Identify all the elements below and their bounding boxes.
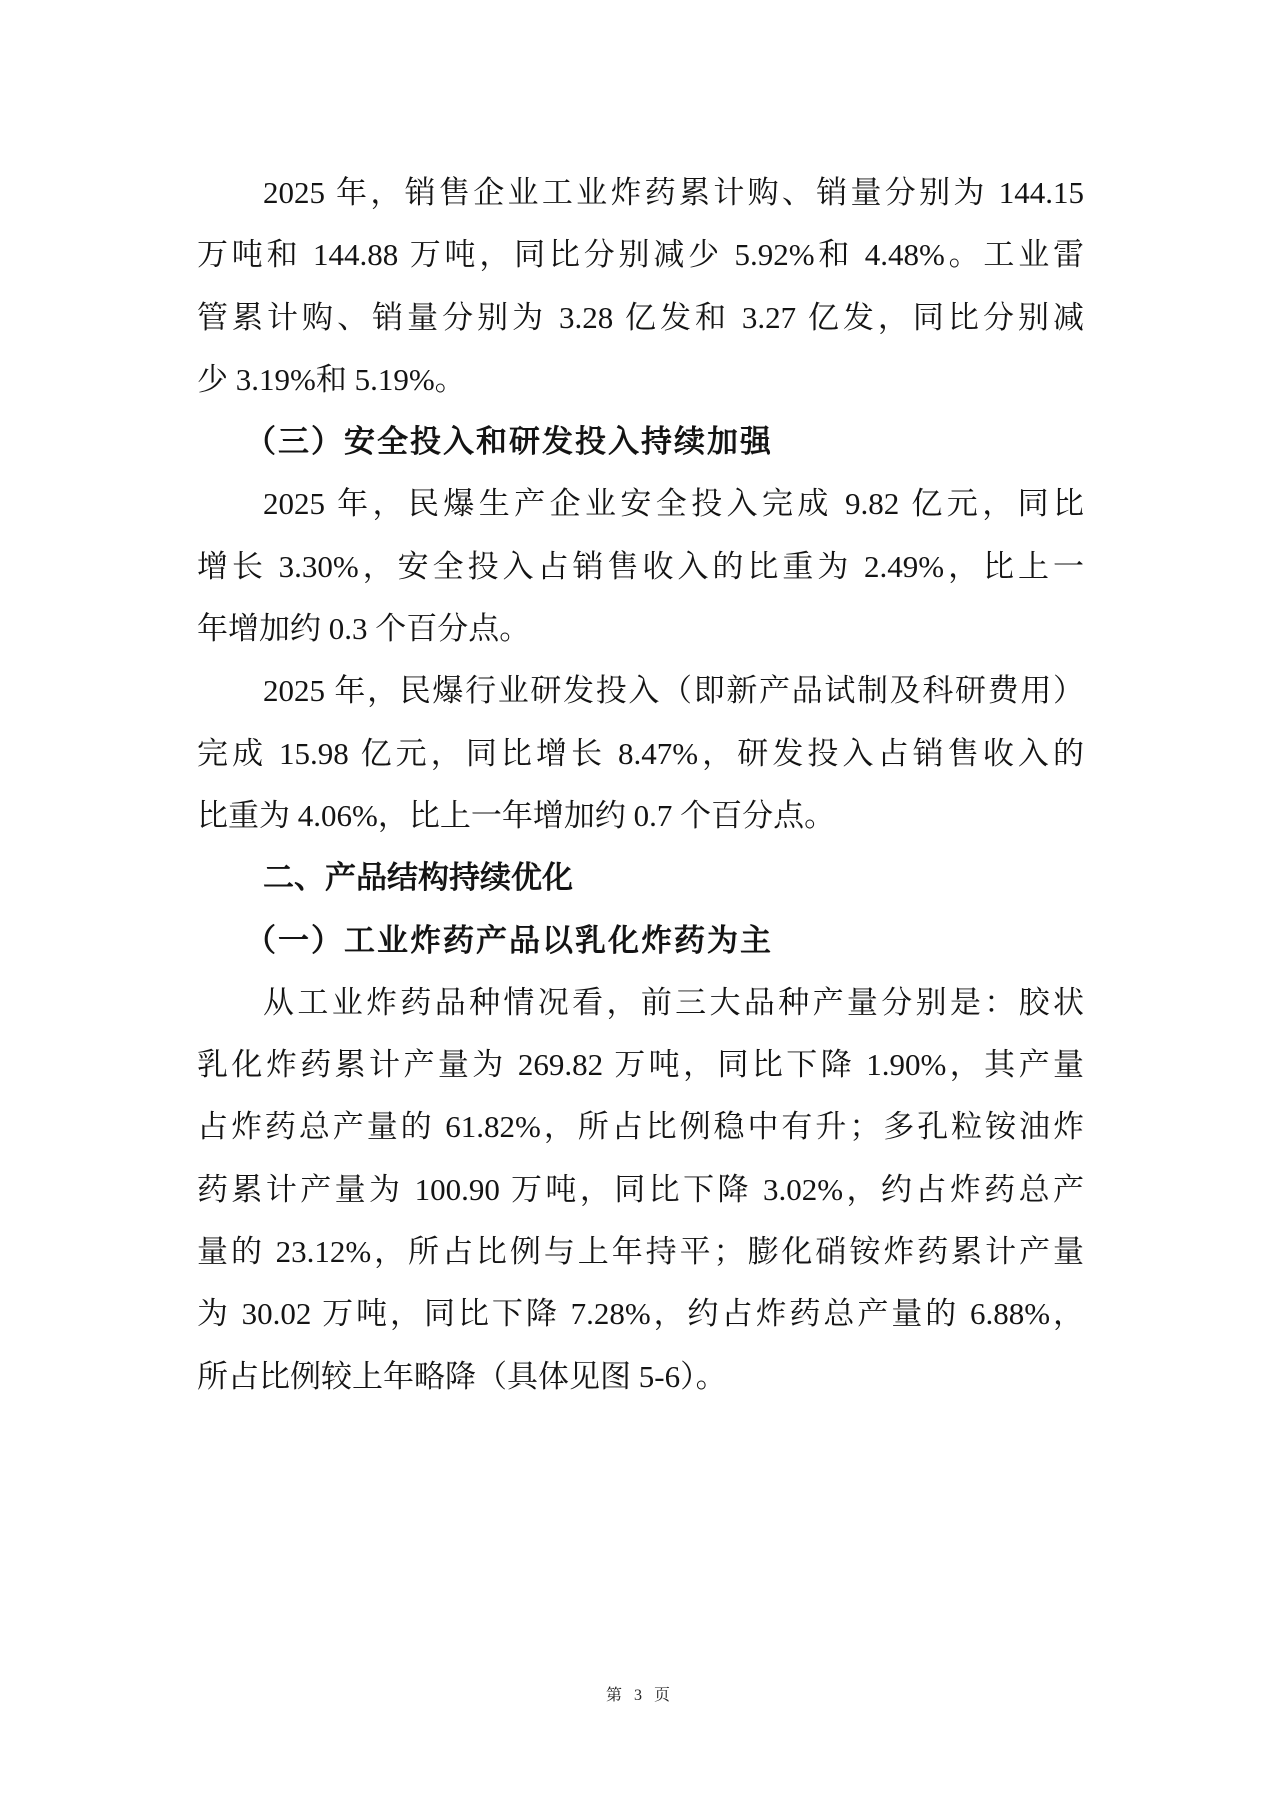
document-page: 2025 年，销售企业工业炸药累计购、销量分别为 144.15 万吨和 144.… — [0, 0, 1280, 1809]
chapter-heading-product-structure: 二、产品结构持续优化 — [197, 847, 1084, 909]
paragraph-safety-line-1: 2025 年，民爆生产企业安全投入完成 9.82 亿元，同比 — [197, 473, 1084, 535]
body-text: 2025 年，销售企业工业炸药累计购、销量分别为 144.15 万吨和 144.… — [197, 162, 1084, 1408]
section-heading-emulsion-explosives: （一）工业炸药产品以乳化炸药为主 — [197, 910, 1084, 972]
paragraph-sales-line-1: 2025 年，销售企业工业炸药累计购、销量分别为 144.15 — [197, 162, 1084, 224]
paragraph-varieties-line-6: 为 30.02 万吨，同比下降 7.28%，约占炸药总产量的 6.88%， — [197, 1283, 1084, 1345]
paragraph-safety-line-2: 增长 3.30%，安全投入占销售收入的比重为 2.49%，比上一 — [197, 536, 1084, 598]
paragraph-sales-line-3: 管累计购、销量分别为 3.28 亿发和 3.27 亿发，同比分别减 — [197, 287, 1084, 349]
paragraph-rd-line-3: 比重为 4.06%，比上一年增加约 0.7 个百分点。 — [197, 785, 1084, 847]
paragraph-varieties-line-5: 量的 23.12%，所占比例与上年持平；膨化硝铵炸药累计产量 — [197, 1221, 1084, 1283]
paragraph-sales-line-2: 万吨和 144.88 万吨，同比分别减少 5.92%和 4.48%。工业雷 — [197, 224, 1084, 286]
paragraph-varieties-line-1: 从工业炸药品种情况看，前三大品种产量分别是：胶状 — [197, 972, 1084, 1034]
section-heading-safety-rd: （三）安全投入和研发投入持续加强 — [197, 411, 1084, 473]
paragraph-rd-line-2: 完成 15.98 亿元，同比增长 8.47%，研发投入占销售收入的 — [197, 723, 1084, 785]
paragraph-safety-line-3: 年增加约 0.3 个百分点。 — [197, 598, 1084, 660]
paragraph-rd-line-1: 2025 年，民爆行业研发投入（即新产品试制及科研费用） — [197, 660, 1084, 722]
paragraph-varieties-line-7: 所占比例较上年略降（具体见图 5-6）。 — [197, 1346, 1084, 1408]
paragraph-varieties-line-2: 乳化炸药累计产量为 269.82 万吨，同比下降 1.90%，其产量 — [197, 1034, 1084, 1096]
paragraph-varieties-line-3: 占炸药总产量的 61.82%，所占比例稳中有升；多孔粒铵油炸 — [197, 1096, 1084, 1158]
paragraph-sales-line-4: 少 3.19%和 5.19%。 — [197, 349, 1084, 411]
page-number: 第 3 页 — [0, 1682, 1280, 1705]
paragraph-varieties-line-4: 药累计产量为 100.90 万吨，同比下降 3.02%，约占炸药总产 — [197, 1159, 1084, 1221]
